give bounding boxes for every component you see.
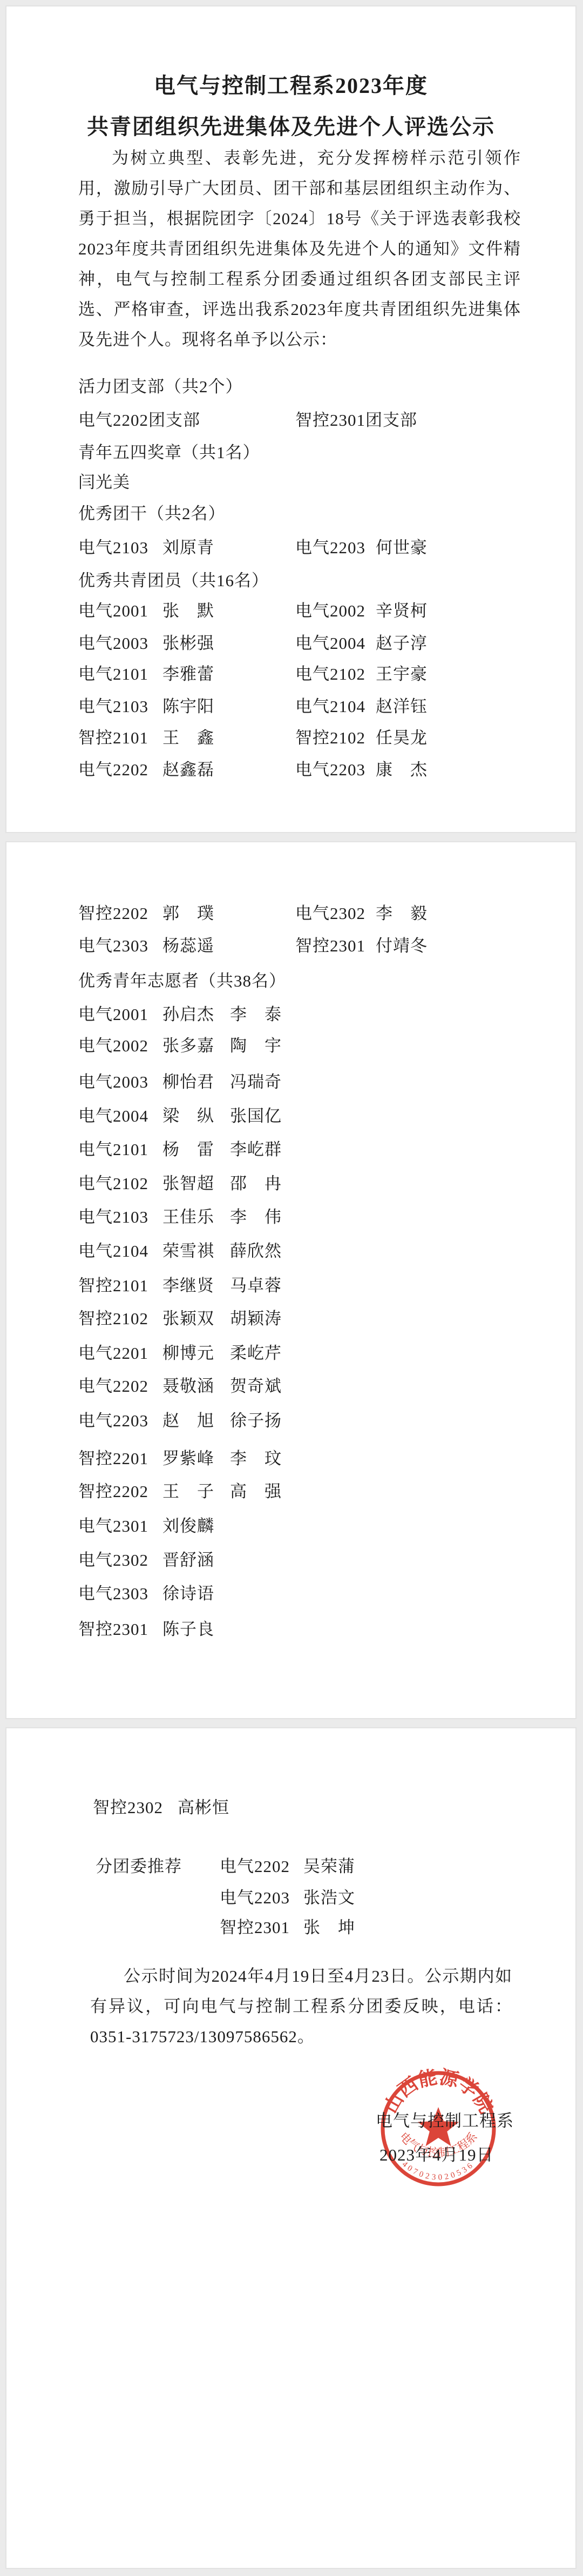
page-1: 电气与控制工程系2023年度 共青团组织先进集体及先进个人评选公示 为树立典型、…: [5, 5, 577, 833]
signature-line: 电气与控制工程系: [376, 2107, 514, 2131]
doc-text: 张智超: [162, 1170, 214, 1194]
doc-text: 李 毅: [376, 900, 428, 924]
volunteer-row: 电气2201柳博元柔屹芹: [6, 1339, 575, 1362]
doc-text: 张多嘉: [162, 1032, 214, 1056]
doc-text: 张彬强: [162, 629, 214, 654]
intro-paragraph: 为树立典型、表彰先进，充分发挥榜样示范引领作用，激励引导广大团员、团干部和基层团…: [78, 143, 521, 355]
doc-text: 电气2101: [78, 660, 148, 685]
doc-text: 电气2103: [78, 693, 148, 717]
doc-text: 电气2001: [78, 597, 148, 621]
volunteer-row: 智控2202王 子高 强: [6, 1478, 575, 1500]
doc-text: 李屹群: [230, 1136, 282, 1160]
doc-text: 电气2202: [78, 1372, 148, 1397]
volunteer-row: 电气2103王佳乐李 伟: [6, 1203, 575, 1226]
doc-text: 优秀青年志愿者（共38名）: [78, 967, 286, 991]
doc-text: 电气2002: [295, 597, 365, 621]
doc-text: 陈宇阳: [162, 693, 214, 717]
doc-text: 晋舒涵: [162, 1546, 214, 1571]
doc-text: 电气2203: [295, 756, 365, 780]
section-header-excellent-member: 优秀共青团员（共16名）: [6, 567, 575, 589]
doc-text: 智控2101: [78, 724, 148, 748]
doc-text: 徐子扬: [230, 1407, 282, 1431]
doc-text: 康 杰: [376, 756, 428, 780]
award-row: 智控2202郭 璞电气2302李 毅: [6, 900, 575, 922]
doc-text: 电气2203: [220, 1884, 290, 1908]
section-header-vitality-branch: 活力团支部（共2个）: [6, 373, 575, 395]
doc-text: 任昊龙: [376, 724, 428, 748]
doc-text: 杨蕊遥: [162, 932, 214, 956]
volunteer-row: 电气2104荣雪祺薛欣然: [6, 1237, 575, 1260]
doc-text: 电气2103: [78, 1203, 148, 1227]
doc-text: 电气2104: [295, 693, 365, 717]
recommend-row: 分团委推荐电气2202吴荣蒲: [6, 1853, 575, 1875]
doc-text: 王宇豪: [376, 660, 428, 685]
doc-text: 赵子淳: [376, 629, 428, 654]
doc-text: 智控2202: [78, 1478, 148, 1502]
recommend-row: 智控2301张 坤: [6, 1914, 575, 1936]
doc-text: 张 默: [162, 597, 214, 621]
volunteer-row: 电气2004梁 纵张国亿: [6, 1102, 575, 1125]
doc-text: 电气2202: [220, 1853, 290, 1877]
doc-text: 柳博元: [162, 1339, 214, 1364]
volunteer-row: 电气2001孙启杰李 泰: [6, 1001, 575, 1023]
volunteer-row: 智控2101李继贤马卓蓉: [6, 1272, 575, 1294]
doc-text: 辛贤柯: [376, 597, 428, 621]
doc-text: 优秀团干（共2名）: [78, 500, 226, 524]
volunteer-row: 智控2102张颖双胡颖涛: [6, 1305, 575, 1327]
doc-text: 电气2203: [295, 534, 365, 558]
doc-text: 电气2002: [78, 1032, 148, 1056]
doc-text: 刘俊麟: [162, 1512, 214, 1537]
doc-text: 马卓蓉: [230, 1272, 282, 1296]
doc-text: 优秀共青团员（共16名）: [78, 567, 269, 591]
doc-text: 电气2201: [78, 1339, 148, 1364]
doc-text: 王 子: [162, 1478, 214, 1502]
volunteer-row: 电气2303徐诗语: [6, 1580, 575, 1602]
volunteer-row: 智控2301陈子良: [6, 1615, 575, 1638]
section-header-excellent-volunteer: 优秀青年志愿者（共38名）: [6, 967, 575, 990]
doc-text: 智控2102: [78, 1305, 148, 1329]
doc-text: 电气2004: [295, 629, 365, 654]
doc-text: 薛欣然: [230, 1237, 282, 1262]
doc-text: 何世豪: [376, 534, 428, 558]
volunteer-row: 电气2202聂敬涵贺奇斌: [6, 1372, 575, 1395]
volunteer-row: 电气2301刘俊麟: [6, 1512, 575, 1535]
doc-text: 邵 冉: [230, 1170, 282, 1194]
doc-text: 刘原青: [162, 534, 214, 558]
doc-text: 闫光美: [78, 468, 130, 493]
doc-text: 电气2303: [78, 932, 148, 956]
doc-text: 杨 雷: [162, 1136, 214, 1160]
award-row: 电气2202团支部智控2301团支部: [6, 406, 575, 429]
doc-text: 聂敬涵: [162, 1372, 214, 1397]
doc-text: 张浩文: [303, 1884, 355, 1908]
award-row: 闫光美: [6, 468, 575, 491]
doc-text: 李 玟: [230, 1445, 282, 1469]
doc-text: 王 鑫: [162, 724, 214, 748]
doc-text: 电气2301: [78, 1512, 148, 1537]
award-row: 电气2103陈宇阳电气2104赵洋钰: [6, 693, 575, 715]
doc-text: 李雅蕾: [162, 660, 214, 685]
doc-text: 电气2102: [295, 660, 365, 685]
doc-text: 付靖冬: [376, 932, 428, 956]
doc-text: 电气2102: [78, 1170, 148, 1194]
doc-text: 电气2101: [78, 1136, 148, 1160]
volunteer-row: 电气2302晋舒涵: [6, 1546, 575, 1569]
notice-paragraph: 公示时间为2024年4月19日至4月23日。公示期内如有异议，可向电气与控制工程…: [90, 1961, 512, 2052]
doc-text: 张 坤: [303, 1914, 355, 1938]
doc-text: 胡颖涛: [230, 1305, 282, 1329]
doc-text: 智控2301: [220, 1914, 290, 1938]
doc-text: 电气2001: [78, 1001, 148, 1025]
award-row: 电气2103刘原青电气2203何世豪: [6, 534, 575, 556]
volunteer-row: 电气2101杨 雷李屹群: [6, 1136, 575, 1158]
doc-text: 孙启杰: [162, 1001, 214, 1025]
page-3: 智控2302高彬恒分团委推荐电气2202吴荣蒲电气2203张浩文智控2301张 …: [5, 1727, 577, 2569]
doc-text: 智控2201: [78, 1445, 148, 1469]
award-row: 电气2101李雅蕾电气2102王宇豪: [6, 660, 575, 683]
volunteer-row: 电气2102张智超邵 冉: [6, 1170, 575, 1192]
doc-text: 张颖双: [162, 1305, 214, 1329]
doc-text: 贺奇斌: [230, 1372, 282, 1397]
doc-text: 电气2004: [78, 1102, 148, 1126]
doc-text: 智控2302: [93, 1794, 163, 1818]
doc-text: 李 泰: [230, 1001, 282, 1025]
doc-text: 赵洋钰: [376, 693, 428, 717]
doc-text: 电气2302: [78, 1546, 148, 1571]
date-line: 2023年4月19日: [379, 2141, 494, 2165]
award-row: 电气2003张彬强电气2004赵子淳: [6, 629, 575, 652]
volunteer-row: 智控2302高彬恒: [6, 1794, 575, 1816]
doc-text: 活力团支部（共2个）: [78, 373, 243, 397]
doc-text: 王佳乐: [162, 1203, 214, 1227]
section-header-may4th-medal: 青年五四奖章（共1名）: [6, 439, 575, 461]
doc-text: 梁 纵: [162, 1102, 214, 1126]
doc-text: 智控2102: [295, 724, 365, 748]
doc-text: 李继贤: [162, 1272, 214, 1296]
doc-text: 赵鑫磊: [162, 756, 214, 780]
award-row: 电气2303杨蕊遥智控2301付靖冬: [6, 932, 575, 955]
section-header-excellent-cadre: 优秀团干（共2名）: [6, 500, 575, 522]
doc-title-line-2: 共青团组织先进集体及先进个人评选公示: [6, 110, 575, 140]
page-2: 智控2202郭 璞电气2302李 毅电气2303杨蕊遥智控2301付靖冬优秀青年…: [5, 841, 577, 1719]
scanned-document: { "document": { "colors": { "background"…: [0, 0, 583, 2576]
doc-text: 电气2202团支部: [78, 406, 200, 431]
doc-text: 电气2103: [78, 534, 148, 558]
doc-text: 赵 旭: [162, 1407, 214, 1431]
volunteer-row: 电气2203赵 旭徐子扬: [6, 1407, 575, 1430]
doc-text: 柔屹芹: [230, 1339, 282, 1364]
doc-text: 高彬恒: [178, 1794, 229, 1818]
doc-text: 分团委推荐: [96, 1853, 182, 1877]
doc-text: 智控2301: [295, 932, 365, 956]
doc-text: 电气2202: [78, 756, 148, 780]
doc-text: 李 伟: [230, 1203, 282, 1227]
doc-text: 电气2104: [78, 1237, 148, 1262]
doc-text: 徐诗语: [162, 1580, 214, 1604]
doc-text: 电气2003: [78, 629, 148, 654]
recommend-row: 电气2203张浩文: [6, 1884, 575, 1907]
doc-text: 智控2101: [78, 1272, 148, 1296]
doc-text: 电气2303: [78, 1580, 148, 1604]
doc-text: 智控2202: [78, 900, 148, 924]
volunteer-row: 电气2003柳怡君冯瑞奇: [6, 1068, 575, 1091]
doc-text: 冯瑞奇: [230, 1068, 282, 1092]
award-row: 电气2202赵鑫磊电气2203康 杰: [6, 756, 575, 779]
doc-text: 荣雪祺: [162, 1237, 214, 1262]
volunteer-row: 电气2002张多嘉陶 宇: [6, 1032, 575, 1055]
doc-text: 青年五四奖章（共1名）: [78, 439, 260, 463]
doc-text: 罗紫峰: [162, 1445, 214, 1469]
award-row: 智控2101王 鑫智控2102任昊龙: [6, 724, 575, 747]
doc-text: 陈子良: [162, 1615, 214, 1640]
volunteer-row: 智控2201罗紫峰李 玟: [6, 1445, 575, 1467]
doc-title-line-1: 电气与控制工程系2023年度: [6, 69, 575, 99]
doc-text: 智控2301: [78, 1615, 148, 1640]
doc-text: 电气2003: [78, 1068, 148, 1092]
doc-text: 张国亿: [230, 1102, 282, 1126]
doc-text: 柳怡君: [162, 1068, 214, 1092]
doc-text: 智控2301团支部: [295, 406, 417, 431]
doc-text: 吴荣蒲: [303, 1853, 355, 1877]
doc-text: 郭 璞: [162, 900, 214, 924]
award-row: 电气2001张 默电气2002辛贤柯: [6, 597, 575, 620]
doc-text: 电气2302: [295, 900, 365, 924]
doc-text: 电气2203: [78, 1407, 148, 1431]
doc-text: 陶 宇: [230, 1032, 282, 1056]
doc-text: 高 强: [230, 1478, 282, 1502]
